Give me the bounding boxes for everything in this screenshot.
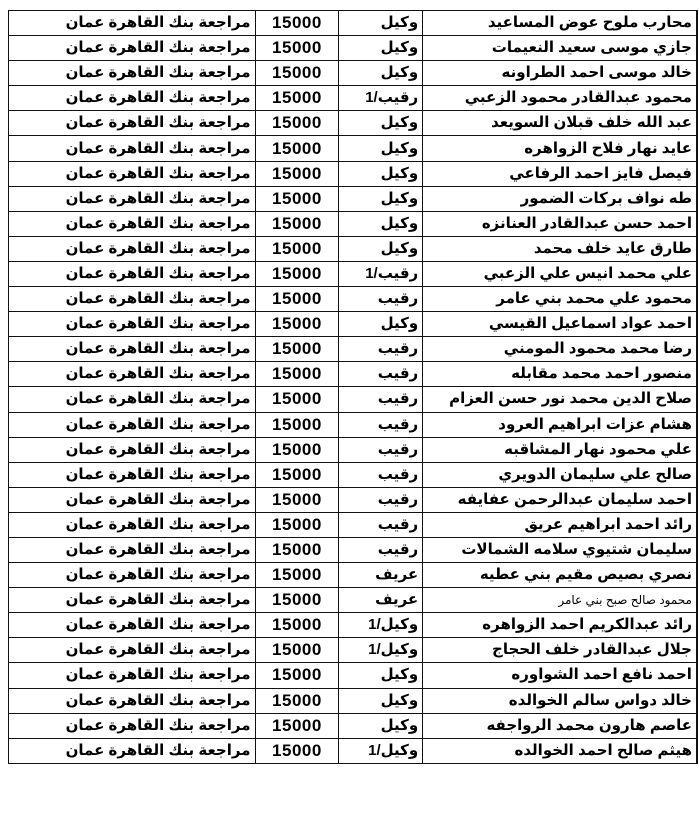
edge-cell xyxy=(696,61,697,86)
table-row: مراجعة بنك القاهرة عمان15000وكيل/1رائد ع… xyxy=(9,613,698,638)
roster-table: مراجعة بنك القاهرة عمان15000وكيلمحارب مل… xyxy=(8,10,698,764)
rank-cell: وكيل xyxy=(339,236,423,261)
rank-cell: وكيل xyxy=(339,312,423,337)
rank-cell: رقيب xyxy=(339,287,423,312)
name-cell: محارب ملوح عوض المساعيد xyxy=(423,11,697,36)
location-cell: مراجعة بنك القاهرة عمان xyxy=(9,563,256,588)
table-row: مراجعة بنك القاهرة عمان15000وكيلخالد موس… xyxy=(9,61,698,86)
amount-cell: 15000 xyxy=(255,312,339,337)
table-row: مراجعة بنك القاهرة عمان15000رقيبمحمود عل… xyxy=(9,287,698,312)
amount-cell: 15000 xyxy=(255,588,339,613)
name-cell: منصور احمد محمد مقابله xyxy=(423,362,697,387)
table-row: مراجعة بنك القاهرة عمان15000وكيلخالد دوا… xyxy=(9,688,698,713)
roster-table-body: مراجعة بنك القاهرة عمان15000وكيلمحارب مل… xyxy=(9,11,698,764)
edge-cell xyxy=(696,412,697,437)
edge-cell xyxy=(696,387,697,412)
edge-cell xyxy=(696,437,697,462)
table-row: مراجعة بنك القاهرة عمان15000عريفمحمود صا… xyxy=(9,588,698,613)
rank-cell: رقيب xyxy=(339,487,423,512)
name-cell: احمد نافع احمد الشواوره xyxy=(423,663,697,688)
name-cell: سليمان شتيوي سلامه الشمالات xyxy=(423,537,697,562)
table-row: مراجعة بنك القاهرة عمان15000رقيبصلاح الد… xyxy=(9,387,698,412)
edge-cell xyxy=(696,537,697,562)
amount-cell: 15000 xyxy=(255,638,339,663)
table-row: مراجعة بنك القاهرة عمان15000وكيلعبد الله… xyxy=(9,111,698,136)
location-cell: مراجعة بنك القاهرة عمان xyxy=(9,11,256,36)
name-cell: احمد عواد اسماعيل القيسي xyxy=(423,312,697,337)
name-cell: احمد سليمان عبدالرحمن عفايفه xyxy=(423,487,697,512)
table-row: مراجعة بنك القاهرة عمان15000وكيلفيصل فاي… xyxy=(9,161,698,186)
location-cell: مراجعة بنك القاهرة عمان xyxy=(9,312,256,337)
amount-cell: 15000 xyxy=(255,61,339,86)
edge-cell xyxy=(696,638,697,663)
rank-cell: عريف xyxy=(339,588,423,613)
amount-cell: 15000 xyxy=(255,462,339,487)
location-cell: مراجعة بنك القاهرة عمان xyxy=(9,86,256,111)
rank-cell: رقيب xyxy=(339,537,423,562)
location-cell: مراجعة بنك القاهرة عمان xyxy=(9,362,256,387)
name-cell: محمود عبدالقادر محمود الزعبي xyxy=(423,86,697,111)
table-row: مراجعة بنك القاهرة عمان15000وكيلاحمد حسن… xyxy=(9,211,698,236)
name-cell: صالح علي سليمان الدويري xyxy=(423,462,697,487)
name-cell: هيثم صالح احمد الخوالده xyxy=(423,738,697,763)
table-row: مراجعة بنك القاهرة عمان15000وكيلجازي موس… xyxy=(9,36,698,61)
location-cell: مراجعة بنك القاهرة عمان xyxy=(9,412,256,437)
location-cell: مراجعة بنك القاهرة عمان xyxy=(9,738,256,763)
name-cell: محمود علي محمد بني عامر xyxy=(423,287,697,312)
edge-cell xyxy=(696,563,697,588)
edge-cell xyxy=(696,211,697,236)
location-cell: مراجعة بنك القاهرة عمان xyxy=(9,236,256,261)
location-cell: مراجعة بنك القاهرة عمان xyxy=(9,211,256,236)
edge-cell xyxy=(696,512,697,537)
rank-cell: وكيل/1 xyxy=(339,613,423,638)
rank-cell: وكيل xyxy=(339,11,423,36)
location-cell: مراجعة بنك القاهرة عمان xyxy=(9,512,256,537)
amount-cell: 15000 xyxy=(255,512,339,537)
amount-cell: 15000 xyxy=(255,211,339,236)
name-cell: طارق عايد خلف محمد xyxy=(423,236,697,261)
location-cell: مراجعة بنك القاهرة عمان xyxy=(9,136,256,161)
location-cell: مراجعة بنك القاهرة عمان xyxy=(9,613,256,638)
rank-cell: وكيل/1 xyxy=(339,738,423,763)
rank-cell: وكيل xyxy=(339,713,423,738)
rank-cell: وكيل xyxy=(339,111,423,136)
location-cell: مراجعة بنك القاهرة عمان xyxy=(9,588,256,613)
table-row: مراجعة بنك القاهرة عمان15000وكيل/1هيثم ص… xyxy=(9,738,698,763)
location-cell: مراجعة بنك القاهرة عمان xyxy=(9,663,256,688)
amount-cell: 15000 xyxy=(255,663,339,688)
table-row: مراجعة بنك القاهرة عمان15000رقيبهشام عزا… xyxy=(9,412,698,437)
table-row: مراجعة بنك القاهرة عمان15000وكيلاحمد عوا… xyxy=(9,312,698,337)
amount-cell: 15000 xyxy=(255,186,339,211)
location-cell: مراجعة بنك القاهرة عمان xyxy=(9,387,256,412)
amount-cell: 15000 xyxy=(255,36,339,61)
amount-cell: 15000 xyxy=(255,387,339,412)
amount-cell: 15000 xyxy=(255,713,339,738)
amount-cell: 15000 xyxy=(255,613,339,638)
location-cell: مراجعة بنك القاهرة عمان xyxy=(9,537,256,562)
edge-cell xyxy=(696,663,697,688)
edge-cell xyxy=(696,36,697,61)
name-cell: جلال عبدالقادر خلف الحجاج xyxy=(423,638,697,663)
edge-cell xyxy=(696,287,697,312)
roster-sheet: مراجعة بنك القاهرة عمان15000وكيلمحارب مل… xyxy=(8,10,698,764)
location-cell: مراجعة بنك القاهرة عمان xyxy=(9,487,256,512)
table-row: مراجعة بنك القاهرة عمان15000عريفنصري بصي… xyxy=(9,563,698,588)
rank-cell: وكيل xyxy=(339,136,423,161)
table-row: مراجعة بنك القاهرة عمان15000وكيل/1جلال ع… xyxy=(9,638,698,663)
amount-cell: 15000 xyxy=(255,261,339,286)
edge-cell xyxy=(696,161,697,186)
edge-cell xyxy=(696,111,697,136)
table-row: مراجعة بنك القاهرة عمان15000رقيبسليمان ش… xyxy=(9,537,698,562)
table-row: مراجعة بنك القاهرة عمان15000وكيلعاصم هار… xyxy=(9,713,698,738)
edge-cell xyxy=(696,738,697,763)
edge-cell xyxy=(696,11,697,36)
location-cell: مراجعة بنك القاهرة عمان xyxy=(9,111,256,136)
amount-cell: 15000 xyxy=(255,161,339,186)
rank-cell: وكيل xyxy=(339,186,423,211)
table-row: مراجعة بنك القاهرة عمان15000رقيب/1علي مح… xyxy=(9,261,698,286)
name-cell: عايد نهار فلاح الزواهره xyxy=(423,136,697,161)
amount-cell: 15000 xyxy=(255,236,339,261)
name-cell: خالد دواس سالم الخوالده xyxy=(423,688,697,713)
amount-cell: 15000 xyxy=(255,738,339,763)
location-cell: مراجعة بنك القاهرة عمان xyxy=(9,462,256,487)
name-cell: طه نواف بركات الضمور xyxy=(423,186,697,211)
rank-cell: وكيل xyxy=(339,36,423,61)
edge-cell xyxy=(696,86,697,111)
table-row: مراجعة بنك القاهرة عمان15000وكيلطه نواف … xyxy=(9,186,698,211)
table-row: مراجعة بنك القاهرة عمان15000رقيبعلي محمو… xyxy=(9,437,698,462)
name-cell: رائد احمد ابراهيم عريق xyxy=(423,512,697,537)
location-cell: مراجعة بنك القاهرة عمان xyxy=(9,36,256,61)
rank-cell: رقيب xyxy=(339,362,423,387)
amount-cell: 15000 xyxy=(255,537,339,562)
name-cell: رائد عبدالكريم احمد الزواهره xyxy=(423,613,697,638)
rank-cell: رقيب xyxy=(339,337,423,362)
edge-cell xyxy=(696,337,697,362)
table-row: مراجعة بنك القاهرة عمان15000رقيبصالح علي… xyxy=(9,462,698,487)
location-cell: مراجعة بنك القاهرة عمان xyxy=(9,186,256,211)
location-cell: مراجعة بنك القاهرة عمان xyxy=(9,713,256,738)
amount-cell: 15000 xyxy=(255,412,339,437)
name-cell: فيصل فايز احمد الرفاعي xyxy=(423,161,697,186)
table-row: مراجعة بنك القاهرة عمان15000وكيلطارق عاي… xyxy=(9,236,698,261)
edge-cell xyxy=(696,713,697,738)
table-row: مراجعة بنك القاهرة عمان15000رقيباحمد سلي… xyxy=(9,487,698,512)
name-cell: رضا محمد محمود المومني xyxy=(423,337,697,362)
amount-cell: 15000 xyxy=(255,86,339,111)
table-row: مراجعة بنك القاهرة عمان15000رقيب/1محمود … xyxy=(9,86,698,111)
edge-cell xyxy=(696,462,697,487)
edge-cell xyxy=(696,136,697,161)
rank-cell: عريف xyxy=(339,563,423,588)
table-row: مراجعة بنك القاهرة عمان15000وكيلمحارب مل… xyxy=(9,11,698,36)
rank-cell: رقيب/1 xyxy=(339,86,423,111)
rank-cell: رقيب xyxy=(339,387,423,412)
rank-cell: رقيب xyxy=(339,437,423,462)
edge-cell xyxy=(696,688,697,713)
table-row: مراجعة بنك القاهرة عمان15000وكيلعايد نها… xyxy=(9,136,698,161)
table-row: مراجعة بنك القاهرة عمان15000رقيبرضا محمد… xyxy=(9,337,698,362)
amount-cell: 15000 xyxy=(255,287,339,312)
amount-cell: 15000 xyxy=(255,437,339,462)
location-cell: مراجعة بنك القاهرة عمان xyxy=(9,61,256,86)
location-cell: مراجعة بنك القاهرة عمان xyxy=(9,437,256,462)
edge-cell xyxy=(696,588,697,613)
rank-cell: وكيل xyxy=(339,663,423,688)
table-row: مراجعة بنك القاهرة عمان15000رقيبرائد احم… xyxy=(9,512,698,537)
rank-cell: وكيل xyxy=(339,211,423,236)
amount-cell: 15000 xyxy=(255,563,339,588)
name-cell: صلاح الدين محمد نور حسن العزام xyxy=(423,387,697,412)
table-row: مراجعة بنك القاهرة عمان15000رقيبمنصور اح… xyxy=(9,362,698,387)
rank-cell: رقيب/1 xyxy=(339,261,423,286)
rank-cell: وكيل xyxy=(339,688,423,713)
amount-cell: 15000 xyxy=(255,362,339,387)
name-cell: جازي موسى سعيد النعيمات xyxy=(423,36,697,61)
amount-cell: 15000 xyxy=(255,136,339,161)
rank-cell: وكيل xyxy=(339,61,423,86)
name-cell: نصري بصيص مقيم بني عطيه xyxy=(423,563,697,588)
name-cell: عبد الله خلف قبلان السويعد xyxy=(423,111,697,136)
amount-cell: 15000 xyxy=(255,688,339,713)
rank-cell: وكيل/1 xyxy=(339,638,423,663)
edge-cell xyxy=(696,487,697,512)
edge-cell xyxy=(696,613,697,638)
table-row: مراجعة بنك القاهرة عمان15000وكيلاحمد ناف… xyxy=(9,663,698,688)
amount-cell: 15000 xyxy=(255,487,339,512)
name-cell: علي محمد انيس علي الزعبي xyxy=(423,261,697,286)
rank-cell: رقيب xyxy=(339,462,423,487)
name-cell: خالد موسى احمد الطراونه xyxy=(423,61,697,86)
location-cell: مراجعة بنك القاهرة عمان xyxy=(9,337,256,362)
location-cell: مراجعة بنك القاهرة عمان xyxy=(9,287,256,312)
location-cell: مراجعة بنك القاهرة عمان xyxy=(9,638,256,663)
amount-cell: 15000 xyxy=(255,111,339,136)
rank-cell: رقيب xyxy=(339,512,423,537)
edge-cell xyxy=(696,236,697,261)
name-cell: محمود صالح صبح بني عامر xyxy=(423,588,697,613)
name-cell: علي محمود نهار المشاقبه xyxy=(423,437,697,462)
location-cell: مراجعة بنك القاهرة عمان xyxy=(9,688,256,713)
name-cell: احمد حسن عبدالقادر العنانزه xyxy=(423,211,697,236)
amount-cell: 15000 xyxy=(255,337,339,362)
location-cell: مراجعة بنك القاهرة عمان xyxy=(9,261,256,286)
rank-cell: رقيب xyxy=(339,412,423,437)
edge-cell xyxy=(696,312,697,337)
name-cell: عاصم هارون محمد الرواجفه xyxy=(423,713,697,738)
rank-cell: وكيل xyxy=(339,161,423,186)
name-cell: هشام عزات ابراهيم العرود xyxy=(423,412,697,437)
edge-cell xyxy=(696,186,697,211)
edge-cell xyxy=(696,261,697,286)
location-cell: مراجعة بنك القاهرة عمان xyxy=(9,161,256,186)
edge-cell xyxy=(696,362,697,387)
amount-cell: 15000 xyxy=(255,11,339,36)
